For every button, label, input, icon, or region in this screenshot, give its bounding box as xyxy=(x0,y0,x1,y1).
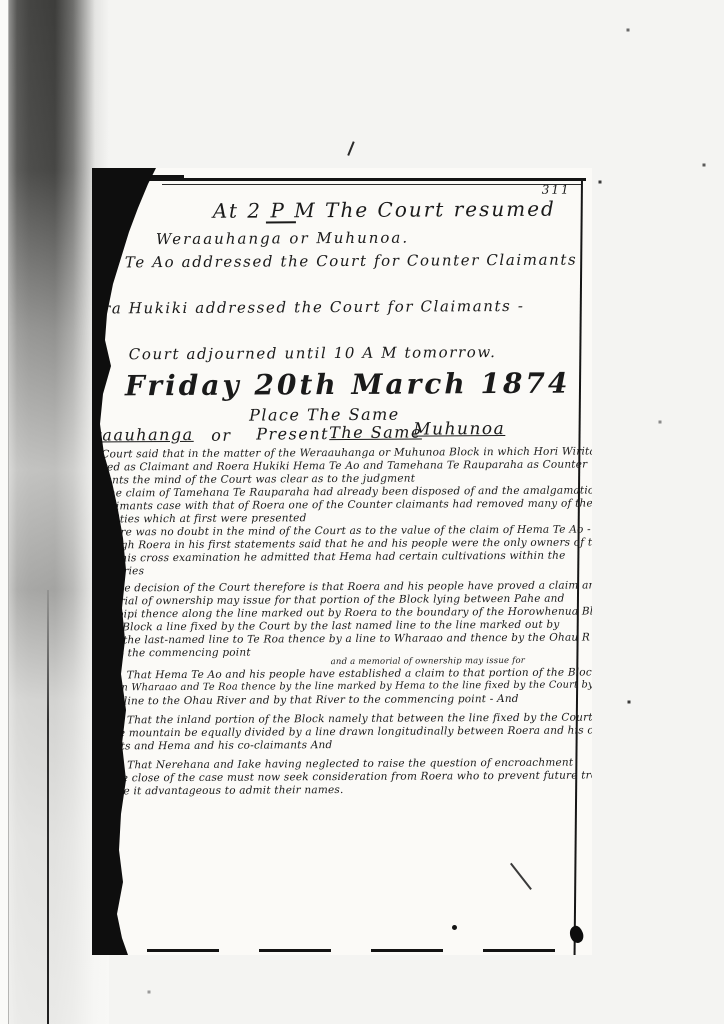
case-name-muhunoa: Muhunoa xyxy=(413,419,505,440)
handwriting-line: med line to the Ohau River and by that R… xyxy=(97,693,519,708)
page-number: 311 xyxy=(542,183,571,197)
case-or-word: or xyxy=(211,426,231,445)
handwriting-line: d the mountain be equally divided by a l… xyxy=(97,724,592,739)
claimants-address-line: ora Hukiki addressed the Court for Claim… xyxy=(92,297,524,318)
scan-left-margin xyxy=(0,0,8,1024)
adjournment-line: Court adjourned until 10 A M tomorrow. xyxy=(129,343,497,363)
handwriting-line: tween Wharaao and Te Roa thence by the l… xyxy=(97,679,592,693)
handwriting-line: Claimants case with that of Roera one of… xyxy=(98,497,592,512)
scanned-page-photo: 311 At 2 P M The Court resumed Weraauhan… xyxy=(92,168,592,955)
case-name-prefix: raauhanga xyxy=(93,425,194,445)
case-present-same: The Same xyxy=(329,423,422,443)
session-resumed-line: At 2 P M The Court resumed xyxy=(213,197,556,223)
handwriting-layer: 311 At 2 P M The Court resumed Weraauhan… xyxy=(92,168,592,955)
case-present-word: Present xyxy=(256,424,329,443)
handwriting-line: abilities which at first were presented xyxy=(96,512,307,525)
place-line: Place The Same xyxy=(249,405,400,425)
handwriting-line: mants the mind of the Court was clear as… xyxy=(95,473,415,487)
handwriting-line: til the close of the case must now seek … xyxy=(95,769,592,784)
scan-noise-specks xyxy=(0,0,2,2)
handwriting-line: a by the last-named line to Te Roa thenc… xyxy=(96,631,590,646)
handwriting-line: ay see it advantageous to admit their na… xyxy=(95,784,343,798)
pm-underline-stroke xyxy=(266,221,296,223)
handwriting-line: mants and Hema and his co-claimants And xyxy=(97,739,332,752)
scanner-fold-line xyxy=(47,590,49,1024)
handwriting-line: d in his cross examination he admitted t… xyxy=(96,550,566,565)
session-date-heading: Friday 20th March 1874 xyxy=(125,367,571,403)
case-title-line: Weraauhanga or Muhunoa. xyxy=(156,229,409,249)
handwriting-line: ered as Claimant and Roera Hukiki Hema T… xyxy=(95,458,587,473)
stray-pen-mark xyxy=(347,141,354,155)
counter-claimants-address-line: ma Te Ao addressed the Court for Counter… xyxy=(92,251,577,272)
interlineation-insert: and a memorial of ownership may issue fo… xyxy=(331,656,525,667)
